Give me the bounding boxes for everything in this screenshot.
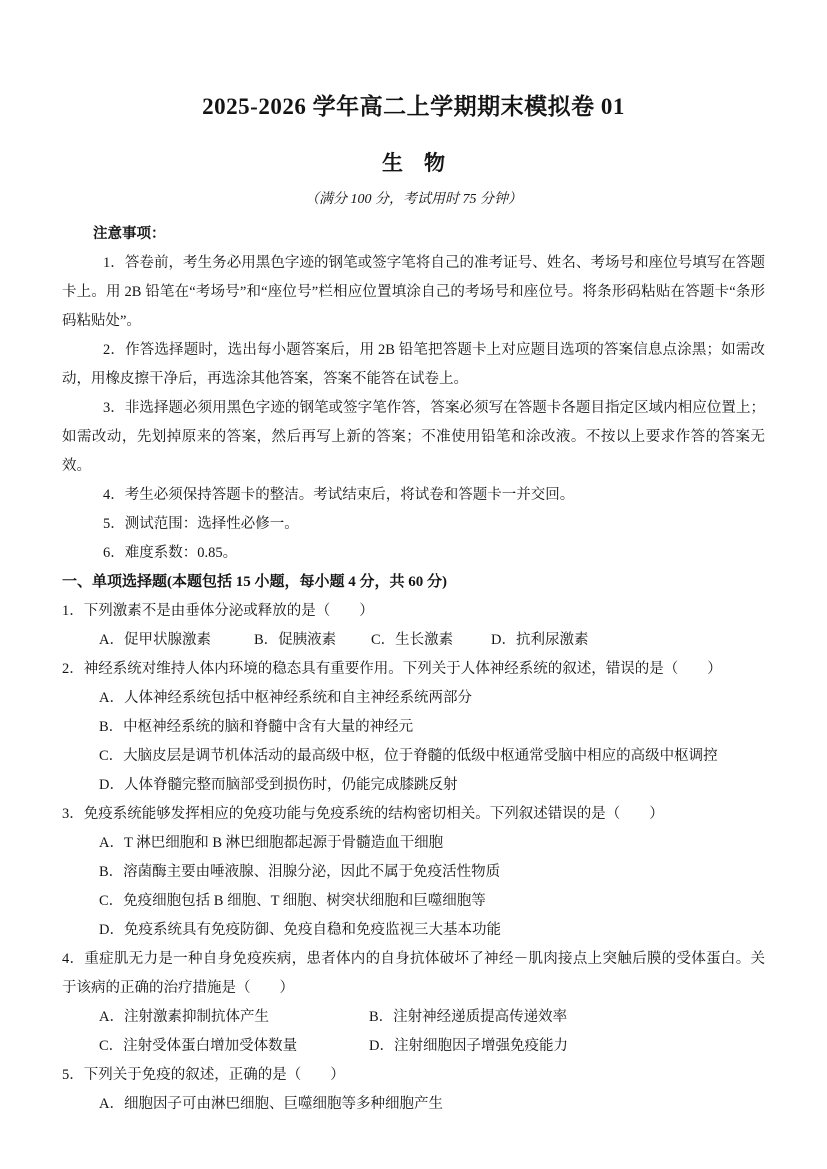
option-item: C．注射受体蛋白增加受体数量 — [99, 1032, 369, 1061]
section-title: 一、单项选择题(本题包括 15 小题，每小题 4 分，共 60 分) — [62, 568, 765, 597]
notice-item: 5．测试范围：选择性必修一。 — [62, 510, 765, 539]
question-stem: 5．下列关于免疫的叙述，正确的是（ ） — [62, 1061, 765, 1090]
option-item: A．细胞因子可由淋巴细胞、巨噬细胞等多种细胞产生 — [99, 1090, 765, 1119]
option-item: A．注射激素抑制抗体产生 — [99, 1003, 369, 1032]
notice-title: 注意事项： — [62, 220, 765, 249]
option-item: C．免疫细胞包括 B 细胞、T 细胞、树突状细胞和巨噬细胞等 — [99, 887, 765, 916]
option-item: A．人体神经系统包括中枢神经系统和自主神经系统两部分 — [99, 684, 765, 713]
option-item: B．注射神经递质提高传递效率 — [369, 1003, 765, 1032]
option-item: D．人体脊髓完整而脑部受到损伤时，仍能完成膝跳反射 — [99, 771, 765, 800]
exam-title: 2025-2026 学年高二上学期期末模拟卷 01 — [62, 90, 765, 124]
notice-item: 2．作答选择题时，选出每小题答案后，用 2B 铅笔把答题卡上对应题目选项的答案信… — [62, 336, 765, 394]
option-item: C．大脑皮层是调节机体活动的最高级中枢，位于脊髓的低级中枢通常受脑中相应的高级中… — [99, 742, 765, 771]
option-item: D．抗利尿激素 — [491, 626, 765, 655]
option-item: B．促胰液素 — [254, 626, 371, 655]
exam-info: （满分 100 分，考试用时 75 分钟） — [62, 188, 765, 212]
question-stem: 3．免疫系统能够发挥相应的免疫功能与免疫系统的结构密切相关。下列叙述错误的是（ … — [62, 800, 765, 829]
question-block: 3．免疫系统能够发挥相应的免疫功能与免疫系统的结构密切相关。下列叙述错误的是（ … — [62, 800, 765, 945]
notice-item: 1．答卷前，考生务必用黑色字迹的钢笔或签字笔将自己的准考证号、姓名、考场号和座位… — [62, 249, 765, 336]
option-item: A．促甲状腺激素 — [99, 626, 254, 655]
question-options: A．细胞因子可由淋巴细胞、巨噬细胞等多种细胞产生 — [62, 1090, 765, 1119]
question-block: 1．下列激素不是由垂体分泌或释放的是（ ）A．促甲状腺激素B．促胰液素C．生长激… — [62, 597, 765, 655]
option-item: B．溶菌酶主要由唾液腺、泪腺分泌，因此不属于免疫活性物质 — [99, 858, 765, 887]
question-block: 5．下列关于免疫的叙述，正确的是（ ）A．细胞因子可由淋巴细胞、巨噬细胞等多种细… — [62, 1061, 765, 1119]
question-list: 1．下列激素不是由垂体分泌或释放的是（ ）A．促甲状腺激素B．促胰液素C．生长激… — [62, 597, 765, 1119]
notice-item: 3．非选择题必须用黑色字迹的钢笔或签字笔作答，答案必须写在答题卡各题目指定区域内… — [62, 394, 765, 481]
option-item: B．中枢神经系统的脑和脊髓中含有大量的神经元 — [99, 713, 765, 742]
question-block: 4．重症肌无力是一种自身免疫疾病，患者体内的自身抗体破坏了神经－肌肉接点上突触后… — [62, 945, 765, 1061]
option-item: C．生长激素 — [371, 626, 491, 655]
notice-item: 4．考生必须保持答题卡的整洁。考试结束后，将试卷和答题卡一并交回。 — [62, 481, 765, 510]
question-block: 2．神经系统对维持人体内环境的稳态具有重要作用。下列关于人体神经系统的叙述，错误… — [62, 655, 765, 800]
question-stem: 1．下列激素不是由垂体分泌或释放的是（ ） — [62, 597, 765, 626]
option-item: D．注射细胞因子增强免疫能力 — [369, 1032, 765, 1061]
exam-page: 2025-2026 学年高二上学期期末模拟卷 01 生 物 （满分 100 分，… — [0, 0, 827, 1169]
question-options: A．注射激素抑制抗体产生B．注射神经递质提高传递效率C．注射受体蛋白增加受体数量… — [62, 1003, 765, 1061]
question-options: A．促甲状腺激素B．促胰液素C．生长激素D．抗利尿激素 — [62, 626, 765, 655]
question-stem: 2．神经系统对维持人体内环境的稳态具有重要作用。下列关于人体神经系统的叙述，错误… — [62, 655, 765, 684]
notice-item: 6．难度系数：0.85。 — [62, 539, 765, 568]
option-item: A．T 淋巴细胞和 B 淋巴细胞都起源于骨髓造血干细胞 — [99, 829, 765, 858]
notice-list: 1．答卷前，考生务必用黑色字迹的钢笔或签字笔将自己的准考证号、姓名、考场号和座位… — [62, 249, 765, 568]
question-options: A．人体神经系统包括中枢神经系统和自主神经系统两部分B．中枢神经系统的脑和脊髓中… — [62, 684, 765, 800]
question-stem: 4．重症肌无力是一种自身免疫疾病，患者体内的自身抗体破坏了神经－肌肉接点上突触后… — [62, 945, 765, 1003]
option-item: D．免疫系统具有免疫防御、免疫自稳和免疫监视三大基本功能 — [99, 916, 765, 945]
question-options: A．T 淋巴细胞和 B 淋巴细胞都起源于骨髓造血干细胞B．溶菌酶主要由唾液腺、泪… — [62, 829, 765, 945]
exam-subject: 生 物 — [62, 148, 765, 178]
